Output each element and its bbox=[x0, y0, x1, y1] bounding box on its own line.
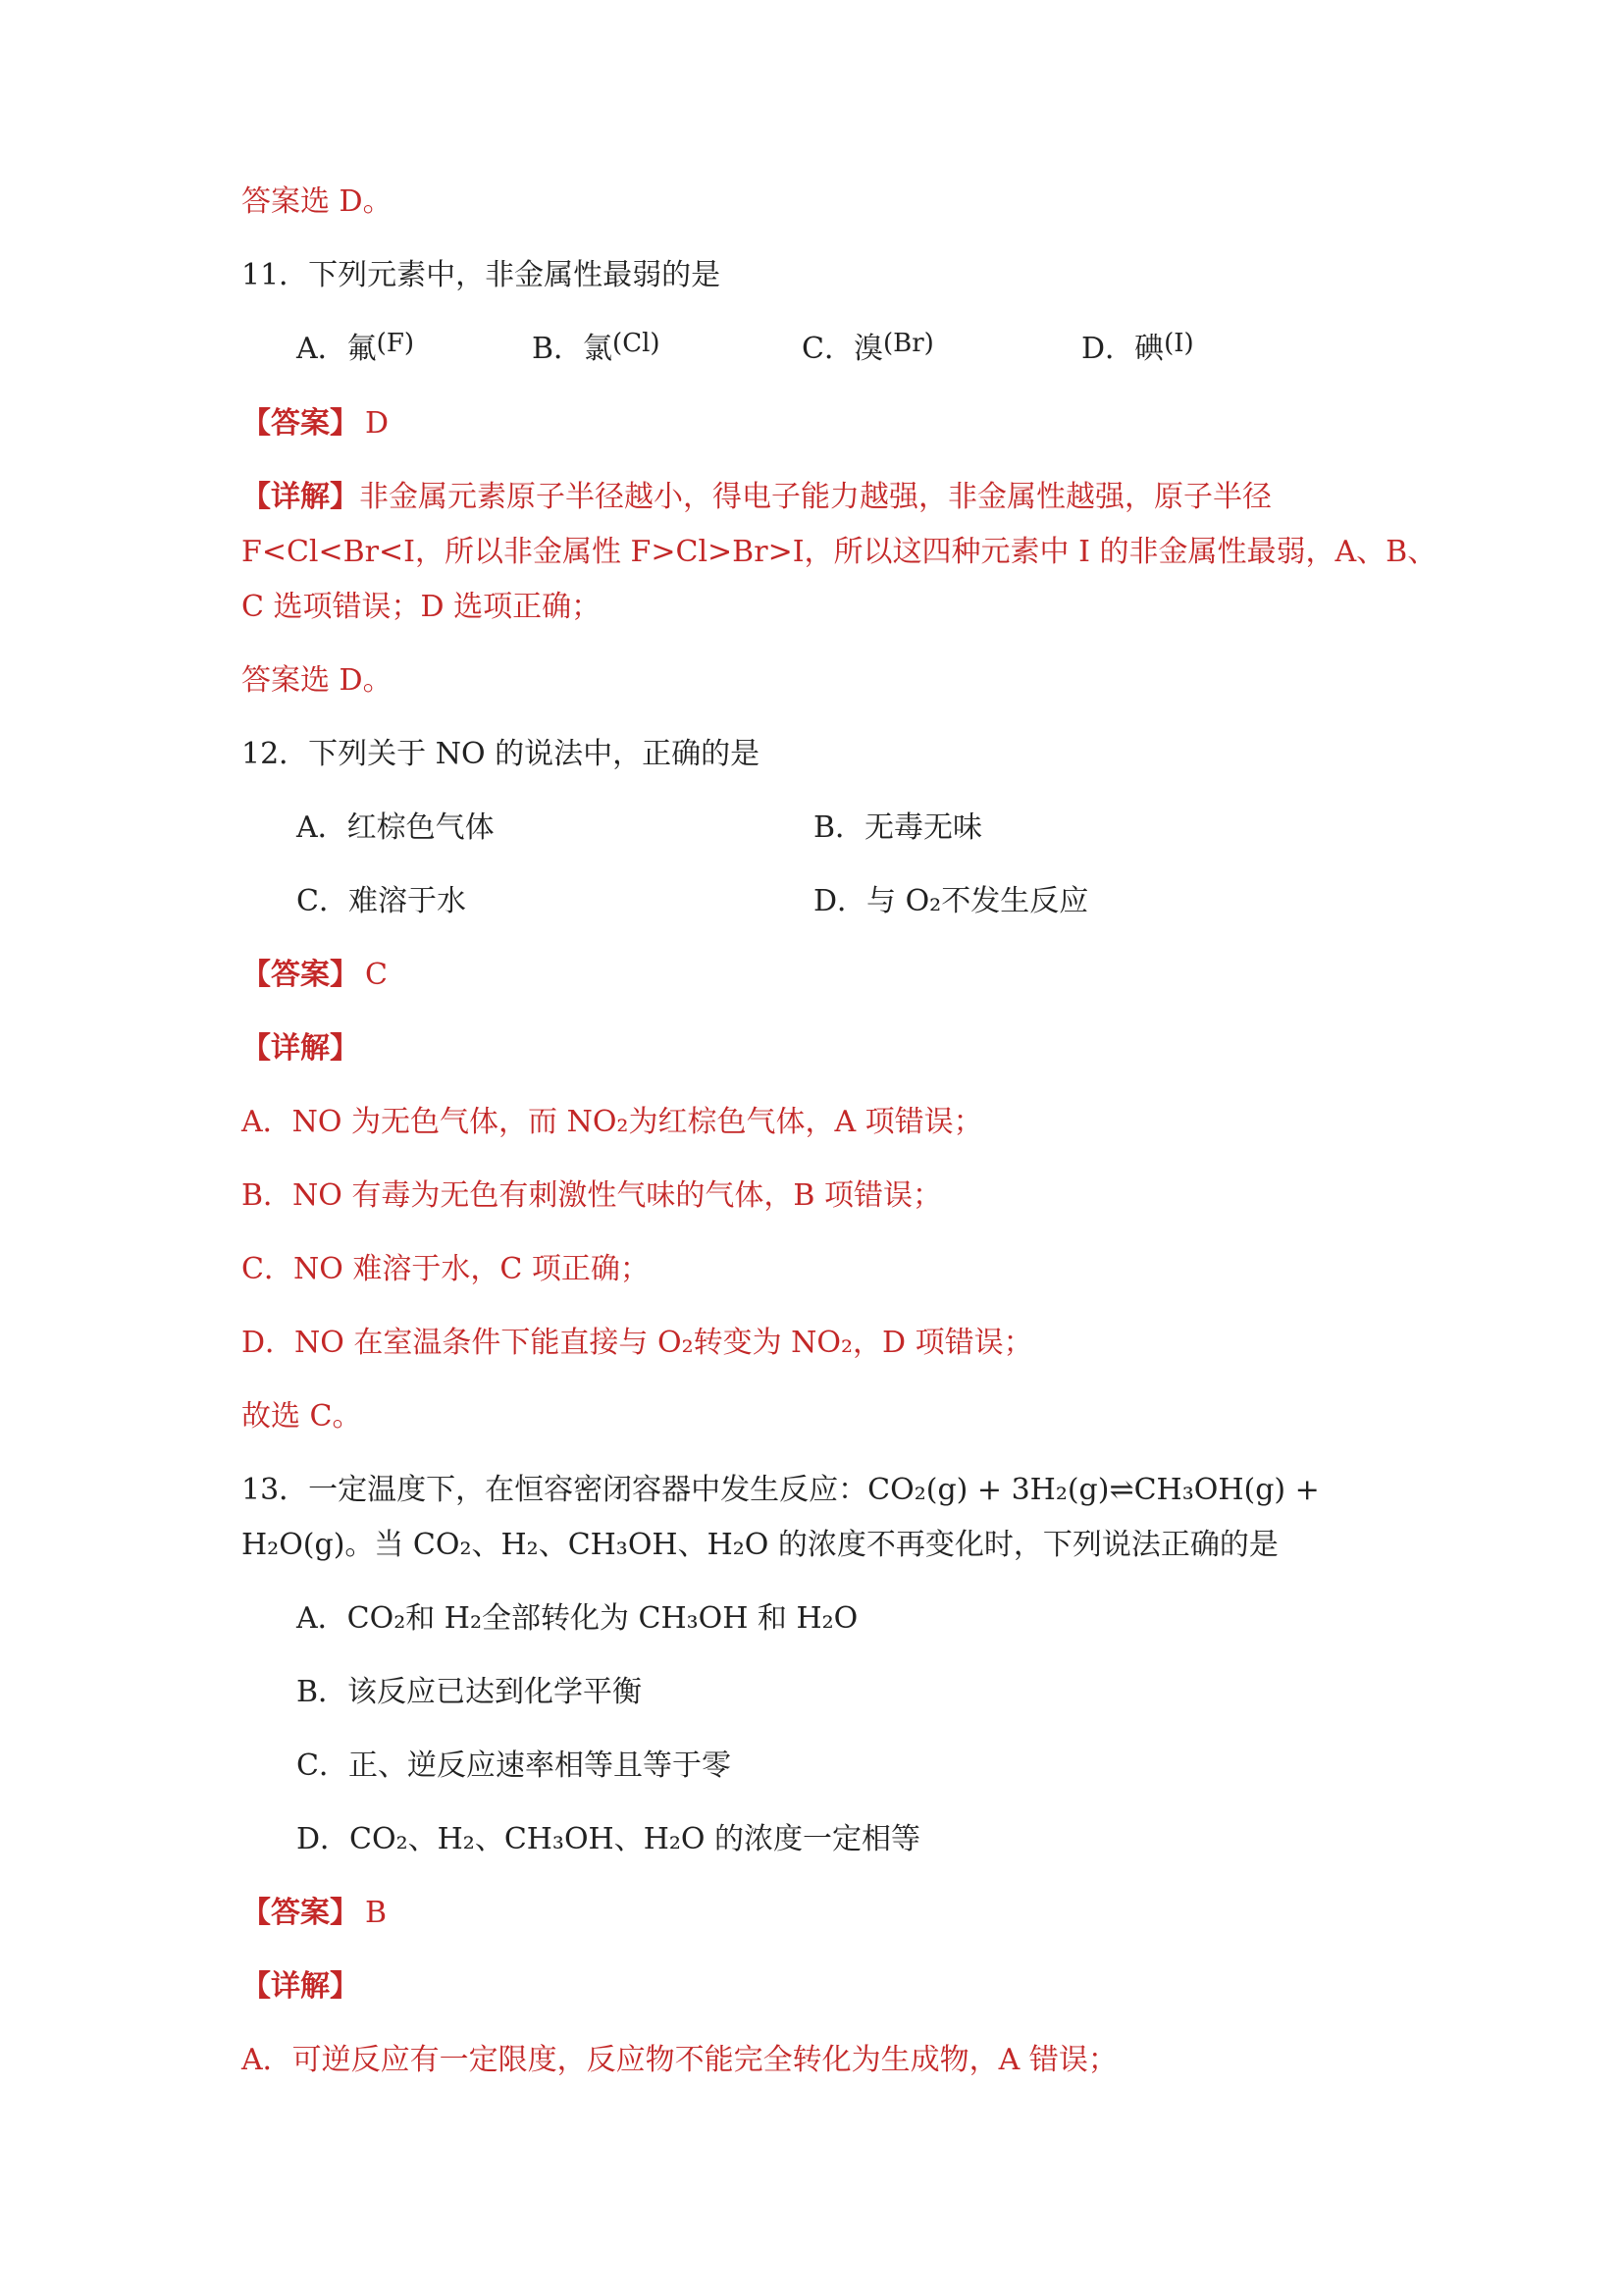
q13-option-d: D．CO₂、H₂、CH₃OH、H₂O 的浓度一定相等 bbox=[241, 1812, 1458, 1867]
q11-option-d-symbol: (I) bbox=[1164, 329, 1194, 358]
q13-option-b: B．该反应已达到化学平衡 bbox=[241, 1665, 1458, 1720]
q12-closing-note: 故选 C。 bbox=[241, 1389, 1458, 1444]
prev-answer-note: 答案选 D。 bbox=[241, 175, 1458, 230]
q12-detail-d: D．NO 在室温条件下能直接与 O₂转变为 NO₂，D 项错误； bbox=[241, 1316, 1458, 1371]
q11-answer-line: 【答案】D bbox=[241, 396, 1458, 451]
answer-label: 【答案】 bbox=[241, 406, 359, 441]
q11-option-d: D．碘(I) bbox=[1081, 322, 1194, 378]
answer-label: 【答案】 bbox=[241, 958, 359, 992]
q11-option-b-symbol: (Cl) bbox=[612, 329, 660, 358]
q12-options-row-2: C．难溶于水 D．与 O₂不发生反应 bbox=[241, 874, 1458, 929]
q12-answer-letter: C bbox=[359, 958, 388, 992]
q11-detail: 【详解】非金属元素原子半径越小，得电子能力越强，非金属性越强，原子半径 F<Cl… bbox=[241, 470, 1458, 635]
q11-stem: 11．下列元素中，非金属性最弱的是 bbox=[241, 248, 1458, 303]
q12-option-b: B．无毒无味 bbox=[813, 801, 982, 856]
q12-answer-line: 【答案】C bbox=[241, 948, 1458, 1003]
q13-answer-line: 【答案】B bbox=[241, 1886, 1458, 1941]
q12-detail-label: 【详解】 bbox=[241, 1021, 1458, 1076]
q11-option-c: C．溴(Br) bbox=[802, 322, 1081, 378]
q11-option-b: B．氯(Cl) bbox=[532, 322, 802, 378]
q11-options-row: A．氟(F) B．氯(Cl) C．溴(Br) D．碘(I) bbox=[241, 322, 1458, 378]
q13-detail-a: A．可逆反应有一定限度，反应物不能完全转化为生成物，A 错误； bbox=[241, 2033, 1458, 2088]
answer-label: 【答案】 bbox=[241, 1896, 359, 1930]
q11-option-a-symbol: (F) bbox=[377, 329, 414, 358]
detail-label: 【详解】 bbox=[241, 480, 359, 514]
q13-answer-letter: B bbox=[359, 1896, 387, 1930]
q12-stem: 12．下列关于 NO 的说法中，正确的是 bbox=[241, 727, 1458, 782]
q13-detail-label: 【详解】 bbox=[241, 1959, 1458, 2014]
document-page: 答案选 D。 11．下列元素中，非金属性最弱的是 A．氟(F) B．氯(Cl) … bbox=[0, 0, 1623, 2296]
q13-option-a: A．CO₂和 H₂全部转化为 CH₃OH 和 H₂O bbox=[241, 1592, 1458, 1646]
q13-option-c: C．正、逆反应速率相等且等于零 bbox=[241, 1739, 1458, 1794]
q12-detail-a: A．NO 为无色气体，而 NO₂为红棕色气体，A 项错误； bbox=[241, 1095, 1458, 1150]
q11-answer-letter: D bbox=[359, 406, 389, 441]
q11-option-a: A．氟(F) bbox=[296, 322, 532, 378]
q12-detail-b: B．NO 有毒为无色有刺激性气味的气体，B 项错误； bbox=[241, 1169, 1458, 1224]
q12-detail-c: C．NO 难溶于水，C 项正确； bbox=[241, 1242, 1458, 1297]
q12-option-c: C．难溶于水 bbox=[296, 874, 813, 929]
q12-option-a: A．红棕色气体 bbox=[296, 801, 813, 856]
q13-stem: 13．一定温度下，在恒容密闭容器中发生反应：CO₂(g) + 3H₂(g)⇌CH… bbox=[241, 1463, 1458, 1573]
q11-option-c-symbol: (Br) bbox=[883, 329, 934, 358]
q11-closing-note: 答案选 D。 bbox=[241, 653, 1458, 708]
q12-options-row-1: A．红棕色气体 B．无毒无味 bbox=[241, 801, 1458, 856]
q12-option-d: D．与 O₂不发生反应 bbox=[813, 874, 1088, 929]
